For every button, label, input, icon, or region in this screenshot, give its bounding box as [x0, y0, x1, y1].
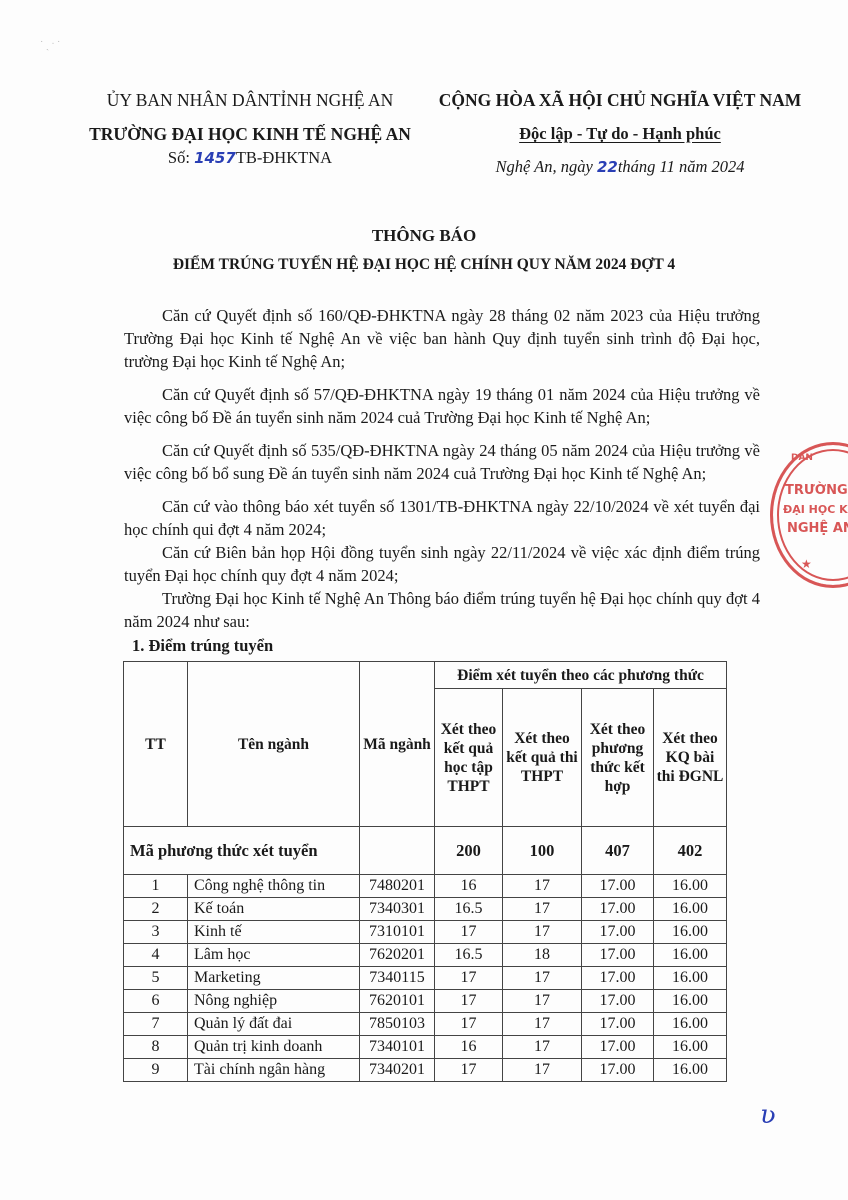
row-score-dgnl: 16.00: [654, 898, 727, 921]
row-score-ketHop: 17.00: [582, 944, 654, 967]
document-number-suffix: TB-ĐHKTNA: [236, 148, 332, 167]
row-score-dgnl: 16.00: [654, 967, 727, 990]
row-score-ketHop: 17.00: [582, 1013, 654, 1036]
table-row: 1Công nghệ thông tin7480201161717.0016.0…: [124, 875, 727, 898]
paragraph-2: Căn cứ Quyết định số 57/QĐ-ĐHKTNA ngày 1…: [124, 383, 760, 429]
row-score-dgnl: 16.00: [654, 1013, 727, 1036]
row-major-code: 7620201: [360, 944, 435, 967]
row-score-thpt: 17: [503, 967, 582, 990]
stamp-top-text: DÂN: [791, 453, 813, 463]
school-name: TRƯỜNG ĐẠI HỌC KINH TẾ NGHỆ AN: [60, 124, 440, 145]
row-score-thpt: 17: [503, 990, 582, 1013]
method-code-1: 200: [435, 827, 503, 875]
row-score-hocba: 17: [435, 921, 503, 944]
row-score-dgnl: 16.00: [654, 1059, 727, 1082]
row-major-name: Kinh tế: [188, 921, 360, 944]
row-tt: 3: [124, 921, 188, 944]
row-major-name: Nông nghiệp: [188, 990, 360, 1013]
row-score-dgnl: 16.00: [654, 875, 727, 898]
method-code-4: 402: [654, 827, 727, 875]
row-score-thpt: 17: [503, 921, 582, 944]
method-code-2: 100: [503, 827, 582, 875]
row-major-name: Quản lý đất đai: [188, 1013, 360, 1036]
row-score-dgnl: 16.00: [654, 944, 727, 967]
legal-basis: Căn cứ Quyết định số 160/QĐ-ĐHKTNA ngày …: [124, 304, 760, 633]
table-row: 8Quản trị kinh doanh7340101161717.0016.0…: [124, 1036, 727, 1059]
row-tt: 1: [124, 875, 188, 898]
row-score-thpt: 18: [503, 944, 582, 967]
table-row: 5Marketing7340115171717.0016.00: [124, 967, 727, 990]
document-number: Số: 1457TB-ĐHKTNA: [60, 148, 440, 168]
row-score-dgnl: 16.00: [654, 921, 727, 944]
header-method-2: Xét theo kết quả thi THPT: [503, 689, 582, 827]
row-score-ketHop: 17.00: [582, 1059, 654, 1082]
row-major-code: 7340101: [360, 1036, 435, 1059]
star-icon: ★: [801, 557, 812, 571]
row-tt: 7: [124, 1013, 188, 1036]
row-score-dgnl: 16.00: [654, 1036, 727, 1059]
document-title: THÔNG BÁO: [0, 226, 848, 246]
stamp-line-2: ĐẠI HỌC KINH TẾ: [783, 503, 848, 516]
table-row: 3Kinh tế7310101171717.0016.00: [124, 921, 727, 944]
header-method-1: Xét theo kết quả học tập THPT: [435, 689, 503, 827]
row-major-code: 7620101: [360, 990, 435, 1013]
country-name: CỘNG HÒA XÃ HỘI CHỦ NGHĨA VIỆT NAM: [420, 90, 820, 111]
row-major-code: 7340301: [360, 898, 435, 921]
row-major-name: Quản trị kinh doanh: [188, 1036, 360, 1059]
row-major-code: 7340115: [360, 967, 435, 990]
table-header-row: TT Tên ngành Mã ngành Điểm xét tuyển the…: [124, 662, 727, 689]
row-score-hocba: 17: [435, 1059, 503, 1082]
row-major-name: Tài chính ngân hàng: [188, 1059, 360, 1082]
row-score-thpt: 17: [503, 1013, 582, 1036]
initial-signature: ʋ: [760, 1100, 776, 1130]
table-row: 6Nông nghiệp7620101171717.0016.00: [124, 990, 727, 1013]
table-row: 2Kế toán734030116.51717.0016.00: [124, 898, 727, 921]
paragraph-3: Căn cứ Quyết định số 535/QĐ-ĐHKTNA ngày …: [124, 439, 760, 485]
date-suffix: tháng 11 năm 2024: [618, 157, 745, 176]
header-major-name: Tên ngành: [188, 662, 360, 827]
official-red-stamp: DÂN TRƯỜNG ĐẠI HỌC KINH TẾ NGHỆ AN ★: [770, 442, 848, 588]
header-method-4: Xét theo KQ bài thi ĐGNL: [654, 689, 727, 827]
row-major-code: 7340201: [360, 1059, 435, 1082]
row-score-ketHop: 17.00: [582, 921, 654, 944]
row-major-code: 7480201: [360, 875, 435, 898]
row-score-hocba: 16: [435, 1036, 503, 1059]
row-tt: 9: [124, 1059, 188, 1082]
row-score-ketHop: 17.00: [582, 1036, 654, 1059]
header-tt: TT: [124, 662, 188, 827]
row-tt: 6: [124, 990, 188, 1013]
document-date: Nghệ An, ngày 22tháng 11 năm 2024: [420, 157, 820, 177]
document-subtitle: ĐIỂM TRÚNG TUYỂN HỆ ĐẠI HỌC HỆ CHÍNH QUY…: [0, 256, 848, 274]
stamp-line-3: NGHỆ AN: [787, 521, 848, 536]
row-tt: 2: [124, 898, 188, 921]
motto-text: Độc lập - Tự do - Hạnh phúc: [519, 124, 721, 143]
row-score-thpt: 17: [503, 1059, 582, 1082]
row-score-thpt: 17: [503, 875, 582, 898]
agency-name: ỦY BAN NHÂN DÂNTỈNH NGHỆ AN: [60, 90, 440, 111]
motto: Độc lập - Tự do - Hạnh phúc: [420, 124, 820, 144]
method-code-row: Mã phương thức xét tuyển 200 100 407 402: [124, 827, 727, 875]
admission-scores-table: TT Tên ngành Mã ngành Điểm xét tuyển the…: [123, 661, 727, 1082]
school-name-text: TRƯỜNG ĐẠI HỌC KINH TẾ NGHỆ AN: [89, 124, 411, 144]
method-code-empty: [360, 827, 435, 875]
table-row: 9Tài chính ngân hàng7340201171717.0016.0…: [124, 1059, 727, 1082]
paragraph-6: Trường Đại học Kinh tế Nghệ An Thông báo…: [124, 587, 760, 633]
row-score-dgnl: 16.00: [654, 990, 727, 1013]
stamp-line-1: TRƯỜNG: [785, 483, 848, 498]
row-score-hocba: 16.5: [435, 944, 503, 967]
handwritten-number: 1457: [194, 149, 236, 167]
row-score-hocba: 16.5: [435, 898, 503, 921]
method-code-3: 407: [582, 827, 654, 875]
row-score-thpt: 17: [503, 898, 582, 921]
row-major-name: Lâm học: [188, 944, 360, 967]
header-score-group: Điểm xét tuyển theo các phương thức: [435, 662, 727, 689]
row-major-name: Công nghệ thông tin: [188, 875, 360, 898]
paragraph-4: Căn cứ vào thông báo xét tuyển số 1301/T…: [124, 495, 760, 541]
scan-specks: ˙ ˎ ˑ ˙: [40, 40, 60, 51]
handwritten-day: 22: [597, 158, 618, 176]
row-major-name: Kế toán: [188, 898, 360, 921]
row-major-code: 7310101: [360, 921, 435, 944]
row-score-ketHop: 17.00: [582, 990, 654, 1013]
row-score-hocba: 17: [435, 990, 503, 1013]
document-number-prefix: Số:: [168, 148, 194, 167]
row-score-ketHop: 17.00: [582, 967, 654, 990]
paragraph-5: Căn cứ Biên bản họp Hội đồng tuyển sinh …: [124, 541, 760, 587]
method-code-label: Mã phương thức xét tuyển: [124, 827, 360, 875]
paragraph-1: Căn cứ Quyết định số 160/QĐ-ĐHKTNA ngày …: [124, 304, 760, 373]
section-heading-1: 1. Điểm trúng tuyển: [132, 636, 273, 656]
date-prefix: Nghệ An, ngày: [496, 157, 597, 176]
header-major-code: Mã ngành: [360, 662, 435, 827]
table-row: 7Quản lý đất đai7850103171717.0016.00: [124, 1013, 727, 1036]
row-score-thpt: 17: [503, 1036, 582, 1059]
row-score-ketHop: 17.00: [582, 898, 654, 921]
row-score-hocba: 17: [435, 967, 503, 990]
row-score-ketHop: 17.00: [582, 875, 654, 898]
table-row: 4Lâm học762020116.51817.0016.00: [124, 944, 727, 967]
row-major-code: 7850103: [360, 1013, 435, 1036]
row-score-hocba: 16: [435, 875, 503, 898]
row-tt: 8: [124, 1036, 188, 1059]
row-tt: 5: [124, 967, 188, 990]
row-major-name: Marketing: [188, 967, 360, 990]
row-score-hocba: 17: [435, 1013, 503, 1036]
header-method-3: Xét theo phương thức kết hợp: [582, 689, 654, 827]
row-tt: 4: [124, 944, 188, 967]
